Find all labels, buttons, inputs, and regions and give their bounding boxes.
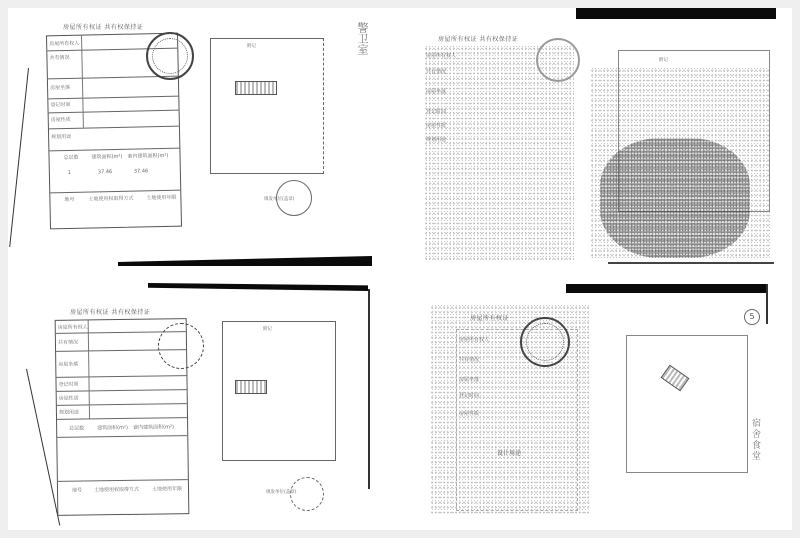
table-header: 套内建筑面积(m²) — [133, 423, 174, 431]
table-cell: 37.46 — [134, 168, 148, 174]
document-top-right: 房屋所有权证 共有权保持证 房屋所有权人 共有情况 房屋坐落 登记时间 房屋性质… — [400, 8, 792, 269]
table-header: 建筑面积(m²) — [97, 424, 128, 431]
issuer-seal — [290, 477, 324, 511]
field-label: 共有情况 — [459, 356, 479, 363]
handwritten-note: 警卫室 — [354, 22, 370, 55]
field-label: 房屋所有权人 — [58, 323, 88, 330]
stamp-box — [661, 365, 690, 392]
certificate-header: 房屋所有权证 — [470, 313, 509, 322]
scan-shadow — [566, 284, 766, 293]
official-seal — [520, 317, 570, 367]
document-top-left: 房屋所有权证 共有权保持证 房屋所有权人 共有情况 房屋坐落 登记时间 房屋性质… — [8, 8, 400, 269]
field-label: 房屋性质 — [459, 410, 479, 417]
table-cell: 1 — [68, 170, 71, 176]
scan-sheet: 房屋所有权证 共有权保持证 房屋所有权人 共有情况 房屋坐落 登记时间 房屋性质… — [8, 8, 792, 530]
annotation-page — [626, 335, 748, 473]
table-header: 地号 — [72, 487, 82, 494]
field-label: 登记时间 — [459, 392, 479, 399]
table-cell: 37.46 — [98, 169, 112, 175]
field-label: 房屋坐落 — [459, 376, 479, 383]
certificate-header: 房屋所有权证 共有权保持证 — [438, 34, 518, 43]
annotation-heading: 附记 — [247, 43, 256, 49]
certificate-header: 房屋所有权证 共有权保持证 — [70, 307, 150, 316]
annotation-heading: 附记 — [263, 326, 272, 332]
field-label: 登记时间 — [58, 381, 78, 388]
field-label: 规划用途 — [426, 136, 446, 143]
annotation-page: 附记 — [210, 38, 324, 174]
scan-shadow — [576, 8, 776, 19]
field-label: 登记时间 — [50, 101, 70, 108]
table-header: 地号 — [64, 196, 74, 203]
field-label: 房屋所有权人 — [426, 52, 456, 59]
field-label: 房屋坐落 — [50, 84, 70, 91]
page-number-mark: 5 — [744, 309, 760, 325]
table-section-label: 设计用途 — [497, 448, 521, 457]
scan-edge — [608, 262, 774, 264]
field-label: 共有情况 — [426, 68, 446, 75]
scan-shadow — [148, 283, 368, 291]
issuer-label: 填发单位(盖章) — [264, 196, 295, 202]
handwritten-note: 宿舍 食堂 — [752, 419, 766, 463]
field-label: 房屋性质 — [426, 122, 446, 129]
document-bottom-right: 房屋所有权证 房屋所有权人 共有情况 房屋坐落 登记时间 房屋性质 设计用途 5… — [400, 269, 792, 530]
table-header: 土地使用权取得方式 — [88, 195, 133, 203]
table-header: 土地使用年限 — [146, 194, 176, 202]
table-header: 总层数 — [63, 154, 78, 161]
field-label: 共有情况 — [49, 54, 69, 61]
official-seal — [536, 38, 580, 82]
document-bottom-left: 房屋所有权证 共有权保持证 房屋所有权人 共有情况 房屋坐落 登记时间 房屋性质… — [8, 269, 400, 530]
page-edge — [766, 284, 768, 324]
annotation-page: 附记 — [222, 321, 336, 461]
field-label: 房屋所有权人 — [49, 40, 79, 48]
scan-shadow — [118, 256, 372, 266]
stamp-box — [235, 380, 267, 394]
field-label: 共有情况 — [58, 339, 78, 346]
field-label: 房屋坐落 — [58, 361, 78, 368]
table-header: 总层数 — [69, 425, 84, 432]
table-header: 土地使用年限 — [152, 485, 182, 492]
page-edge — [368, 289, 370, 489]
scan-dark-area — [600, 138, 750, 258]
field-label: 规划用途 — [59, 409, 79, 416]
field-label: 房屋所有权人 — [459, 336, 489, 343]
field-label: 房屋性质 — [59, 395, 79, 402]
page-edge — [9, 68, 29, 247]
field-label: 登记时间 — [426, 108, 446, 115]
annotation-heading: 附记 — [659, 57, 668, 63]
field-label: 房屋性质 — [51, 116, 71, 123]
table-header: 套内建筑面积(m²) — [127, 152, 168, 160]
official-seal — [158, 323, 204, 369]
official-seal — [146, 32, 194, 80]
stamp-box — [235, 81, 277, 95]
field-label: 规划用途 — [51, 133, 71, 140]
field-label: 房屋坐落 — [426, 88, 446, 95]
table-header: 建筑面积(m²) — [91, 153, 122, 161]
certificate-header: 房屋所有权证 共有权保持证 — [63, 22, 143, 31]
table-header: 土地使用权取得方式 — [94, 486, 139, 494]
